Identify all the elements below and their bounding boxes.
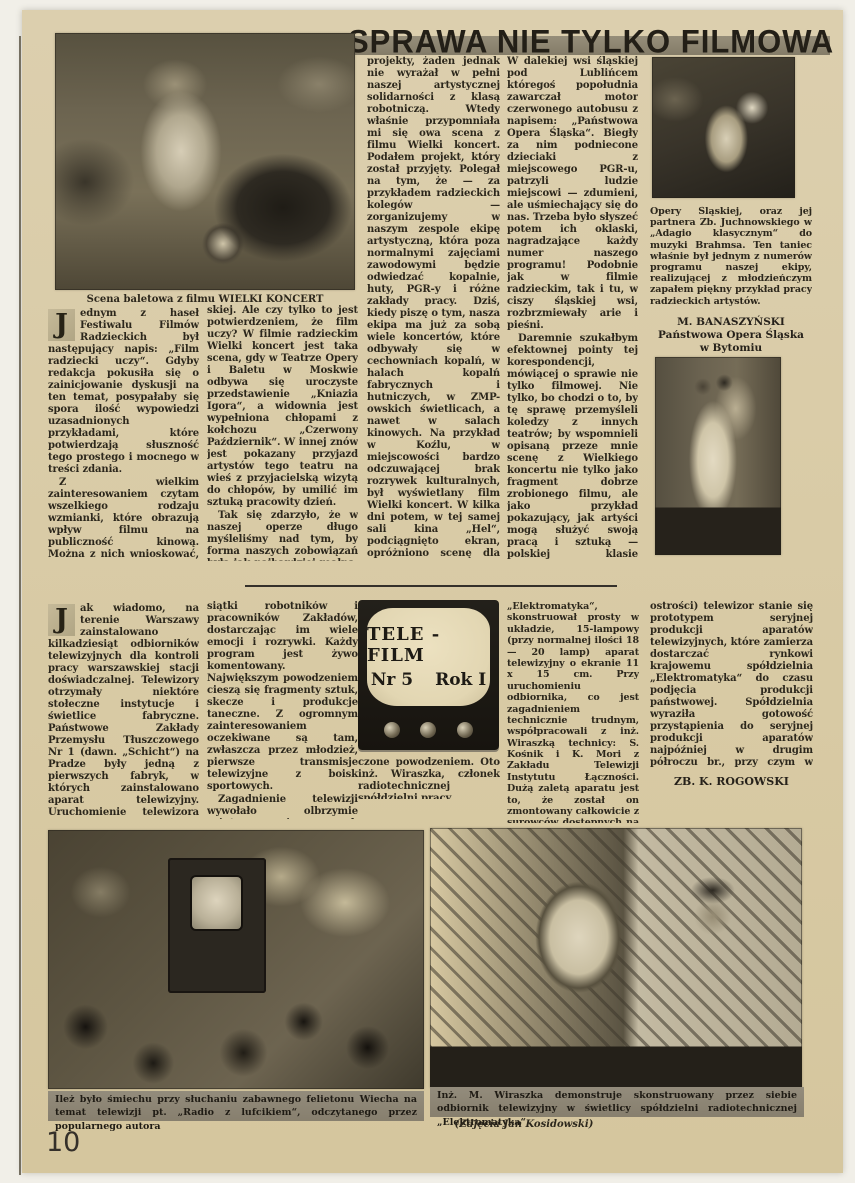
article1-column5-text: Opery Śląskiej, oraz jej partnera Zb. Ju…	[650, 206, 812, 307]
caption-bottom-right: Inż. M. Wiraszka demonstruje skonstruowa…	[430, 1087, 804, 1117]
article1-column1-text: ednym z haseł Festiwalu Filmów Radziecki…	[48, 308, 199, 560]
magazine-page-scan: SPRAWA NIE TYLKO FILMOWA Scena baletowa …	[0, 0, 855, 1183]
tv-knob-icon	[457, 722, 473, 738]
dropcap-article2: J	[48, 604, 75, 636]
article1-byline-city: w Bytomiu	[650, 342, 812, 355]
article2-column2-text: siątki robotników i pracowników Zakładów…	[207, 601, 358, 819]
article1-column4: W dalekiej wsi śląskiej pod Lublińcem kt…	[507, 56, 638, 559]
page-number: 10	[46, 1127, 80, 1158]
article2-column5: ostrości) telewizor stanie się prototype…	[650, 601, 813, 769]
tele-film-issue-line: Nr 5 Rok I	[371, 670, 486, 690]
article2-column3-text: czone powodzeniem. Oto inż. Wiraszka, cz…	[358, 757, 500, 799]
article2-byline-name: ZB. K. ROGOWSKI	[650, 775, 813, 789]
photo-engineer-demonstration	[430, 828, 802, 1088]
photo-crowd-watching-tv	[48, 830, 424, 1089]
article1-column4-text: W dalekiej wsi śląskiej pod Lublińcem kt…	[507, 56, 638, 559]
tv-knob-icon	[420, 722, 436, 738]
caption-bottom-left: Ileż było śmiechu przy słuchaniu zabawne…	[48, 1091, 424, 1121]
article2-column1: J ak wiadomo, na terenie Warszawy zainst…	[48, 603, 199, 818]
photo-caption-ballet: Scena baletowa z filmu WIELKI KONCERT	[55, 294, 355, 305]
article2-column4-text: „Elektromatyka“, skonstruował prosty w u…	[507, 601, 639, 823]
tele-film-issue: Nr 5	[371, 670, 413, 690]
tv-knobs	[358, 722, 499, 738]
article-divider-rule	[245, 585, 617, 587]
article1-column2: skiej. Ale czy tylko to jest potwierdzen…	[207, 305, 358, 561]
tv-set-in-photo	[168, 858, 266, 993]
tele-film-logo: TELE - FILM	[367, 624, 490, 666]
photo-credit: (Zdjęcia Jan Kosidowski)	[418, 1119, 630, 1130]
article1-column2-text: skiej. Ale czy tylko to jest potwierdzen…	[207, 305, 358, 561]
dropcap-article1: J	[48, 309, 75, 341]
page-edge-shadow	[19, 36, 21, 1175]
article1-column3-text: projekty, żaden jednak nie wyrażał w peł…	[367, 56, 500, 559]
article2-byline: ZB. K. ROGOWSKI	[650, 775, 813, 789]
article1-byline: M. BANASZYŃSKI Państwowa Opera Śląska w …	[650, 316, 812, 355]
article1-column5: Opery Śląskiej, oraz jej partnera Zb. Ju…	[650, 206, 812, 312]
tv-set-screen	[192, 877, 241, 928]
article2-column5-text: ostrości) telewizor stanie się prototype…	[650, 601, 813, 769]
tele-film-tv-graphic: TELE - FILM Nr 5 Rok I	[358, 600, 499, 750]
tv-knob-icon	[384, 722, 400, 738]
photo-ballet-pair	[655, 357, 781, 555]
article1-column3: projekty, żaden jednak nie wyrażał w peł…	[367, 56, 500, 559]
tele-film-year: Rok I	[435, 670, 486, 690]
article2-column4: „Elektromatyka“, skonstruował prosty w u…	[507, 601, 639, 823]
tv-screen: TELE - FILM Nr 5 Rok I	[367, 608, 490, 706]
article1-column1: J ednym z haseł Festiwalu Filmów Radziec…	[48, 308, 199, 560]
article1-byline-name: M. BANASZYŃSKI	[650, 316, 812, 329]
article2-column2: siątki robotników i pracowników Zakładów…	[207, 601, 358, 819]
photo-ballet-scene	[55, 33, 355, 290]
photo-dancer-portrait	[652, 57, 795, 198]
article1-byline-org: Państwowa Opera Śląska	[650, 329, 812, 342]
article2-column3: czone powodzeniem. Oto inż. Wiraszka, cz…	[358, 757, 500, 799]
